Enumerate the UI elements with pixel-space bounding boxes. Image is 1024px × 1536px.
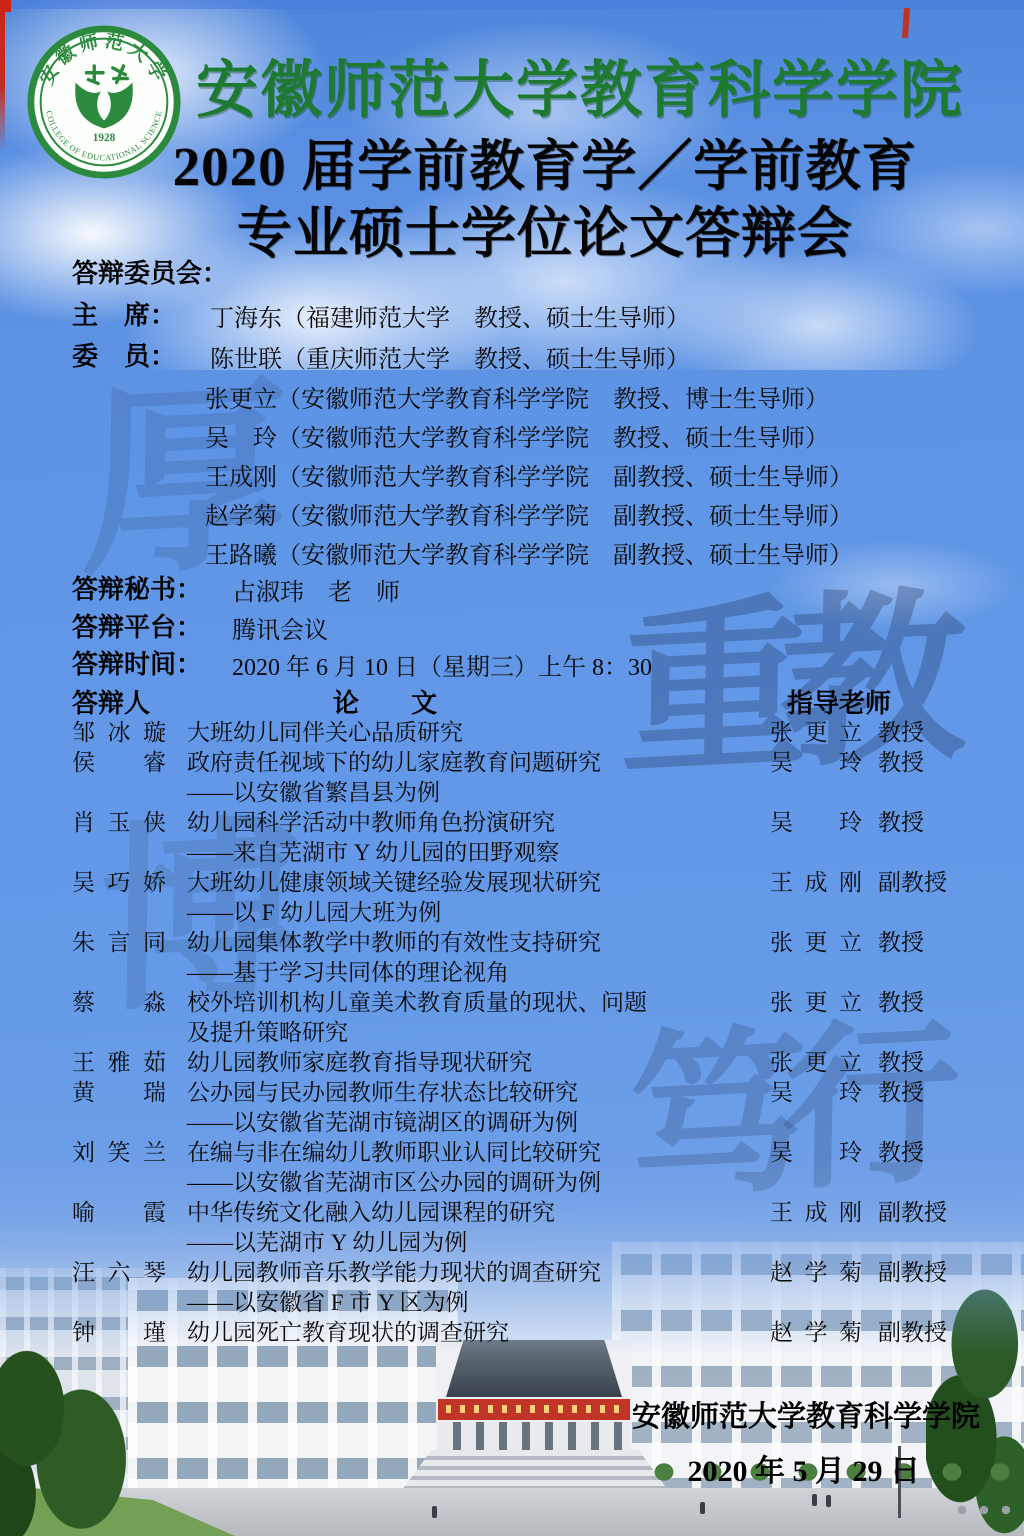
table-row: 钟 瑾 幼儿园死亡教育现状的调查研究 赵学菊副教授 [72,1318,1012,1348]
candidate-name: 朱言同 [72,928,166,958]
pedestrian [432,1506,437,1518]
committee-heading: 答辩委员会： [72,253,228,290]
committee-member: 吴 玲（安徽师范大学教育科学学院 教授、硕士生导师） [205,418,829,453]
table-row: 汪六琴 幼儿园教师音乐教学能力现状的调查研究——以安徽省 F 市 Y 区为例 赵… [72,1258,1012,1318]
secretary-value: 占淑玮 老 师 [232,572,400,607]
red-edge-strip [0,0,5,152]
pedestrian [812,1494,817,1506]
candidate-name: 黄 瑞 [72,1078,166,1108]
red-corner-mark [0,0,11,12]
advisor-title: 副教授 [878,1320,947,1345]
candidate-name: 吴巧娇 [72,868,166,898]
thesis-subtitle: ——以安徽省 F 市 Y 区为例 [187,1288,1012,1318]
secretary-label: 答辩秘书： [72,569,202,606]
advisor-name: 吴 玲 [770,1078,862,1108]
footer-college-name: 安徽师范大学教育科学学院 [560,1394,980,1435]
table-row: 侯 睿 政府责任视域下的幼儿家庭教育问题研究——以安徽省繁昌县为例 吴 玲教授 [72,748,1012,808]
committee-member: 张更立（安徽师范大学教育科学学院 教授、博士生导师） [205,379,829,414]
table-row: 朱言同 幼儿园集体教学中教师的有效性支持研究——基于学习共同体的理论视角 张更立… [72,928,1012,988]
advisor-title: 教授 [878,990,924,1015]
thesis-defense-poster: 厚 重教 博 笃行 [0,0,1024,1536]
time-label: 答辩时间： [72,644,202,681]
advisor-title: 副教授 [878,1260,947,1285]
candidate-name: 钟 瑾 [72,1318,166,1348]
candidate-name: 侯 睿 [72,748,166,778]
chair-label: 主 席： [72,295,176,332]
committee-member: 王成刚（安徽师范大学教育科学学院 副教授、硕士生导师） [205,457,853,492]
table-row: 肖玉侠 幼儿园科学活动中教师角色扮演研究——来自芜湖市 Y 幼儿园的田野观察 吴… [72,808,1012,868]
advisor-title: 教授 [878,720,924,745]
thesis-subtitle: ——以安徽省芜湖市镜湖区的调研为例 [187,1108,1012,1138]
member-label: 委 员： [72,336,176,373]
advisor-title: 教授 [878,1050,924,1075]
top-edge-band [0,0,1024,9]
thesis-subtitle: ——以芜湖市 Y 幼儿园为例 [187,1228,1012,1258]
advisor-name: 张更立 [770,718,862,748]
table-row: 黄 瑞 公办园与民办园教师生存状态比较研究——以安徽省芜湖市镜湖区的调研为例 吴… [72,1078,1012,1138]
advisor-name: 张更立 [770,1048,862,1078]
table-row: 蔡 淼 校外培训机构儿童美术教育质量的现状、问题及提升策略研究 张更立教授 [72,988,1012,1048]
committee-member: 赵学菊（安徽师范大学教育科学学院 副教授、硕士生导师） [205,496,853,531]
advisor-title: 教授 [878,930,924,955]
chair-value: 丁海东（福建师范大学 教授、硕士生导师） [210,298,690,333]
advisor-name: 赵学菊 [770,1258,862,1288]
advisor-name: 赵学菊 [770,1318,862,1348]
candidate-name: 邹冰璇 [72,718,166,748]
advisor-name: 张更立 [770,928,862,958]
advisor-title: 教授 [878,810,924,835]
pedestrian [700,1502,705,1514]
platform-label: 答辩平台： [72,607,202,644]
committee-member: 陈世联（重庆师范大学 教授、硕士生导师） [210,339,690,374]
thesis-subtitle: ——以安徽省繁昌县为例 [187,778,1012,808]
defense-table: 邹冰璇 大班幼儿同伴关心品质研究 张更立教授 侯 睿 政府责任视域下的幼儿家庭教… [72,718,1012,1348]
advisor-name: 吴 玲 [770,748,862,778]
candidate-name: 肖玉侠 [72,808,166,838]
table-row: 刘笑兰 在编与非在编幼儿教师职业认同比较研究——以安徽省芜湖市区公办园的调研为例… [72,1138,1012,1198]
platform-value: 腾讯会议 [232,610,328,645]
advisor-name: 张更立 [770,988,862,1018]
candidate-name: 刘笑兰 [72,1138,166,1168]
table-row: 喻 霞 中华传统文化融入幼儿园课程的研究——以芜湖市 Y 幼儿园为例 王成刚副教… [72,1198,1012,1258]
glass-curtain-wall [446,1340,622,1397]
pedestrian [826,1495,831,1507]
table-row: 吴巧娇 大班幼儿健康领域关键经验发展现状研究——以 F 幼儿园大班为例 王成刚副… [72,868,1012,928]
advisor-title: 教授 [878,1080,924,1105]
stone-bollards [952,1502,1024,1518]
thesis-subtitle: ——以安徽省芜湖市区公办园的调研为例 [187,1168,1012,1198]
advisor-name: 王成刚 [770,1198,862,1228]
candidate-name: 王雅茹 [72,1048,166,1078]
thesis-subtitle: 及提升策略研究 [187,1018,1012,1048]
thesis-subtitle: ——来自芜湖市 Y 幼儿园的田野观察 [187,838,1012,868]
page-title: 安徽师范大学教育科学学院 [170,40,990,129]
advisor-name: 王成刚 [770,868,862,898]
table-row: 邹冰璇 大班幼儿同伴关心品质研究 张更立教授 [72,718,1012,748]
candidate-name: 蔡 淼 [72,988,166,1018]
advisor-title: 副教授 [878,870,947,895]
header-candidate: 答辩人 [72,683,150,720]
footer-date: 2020 年 5 月 29 日 [560,1446,920,1490]
table-row: 王雅茹 幼儿园教师家庭教育指导现状研究 张更立教授 [72,1048,1012,1078]
time-value: 2020 年 6 月 10 日（星期三）上午 8：30 [232,647,652,682]
advisor-title: 副教授 [878,1200,947,1225]
candidate-name: 喻 霞 [72,1198,166,1228]
thesis-subtitle: ——基于学习共同体的理论视角 [187,958,1012,988]
advisor-name: 吴 玲 [770,808,862,838]
advisor-name: 吴 玲 [770,1138,862,1168]
header-thesis: 论 文 [333,683,437,720]
candidate-name: 汪六琴 [72,1258,166,1288]
thesis-subtitle: ——以 F 幼儿园大班为例 [187,898,1012,928]
header-advisor: 指导老师 [787,683,891,720]
trees-left [0,1346,142,1536]
advisor-title: 教授 [878,1140,924,1165]
advisor-title: 教授 [878,750,924,775]
committee-member: 王路曦（安徽师范大学教育科学学院 副教授、硕士生导师） [205,535,853,570]
